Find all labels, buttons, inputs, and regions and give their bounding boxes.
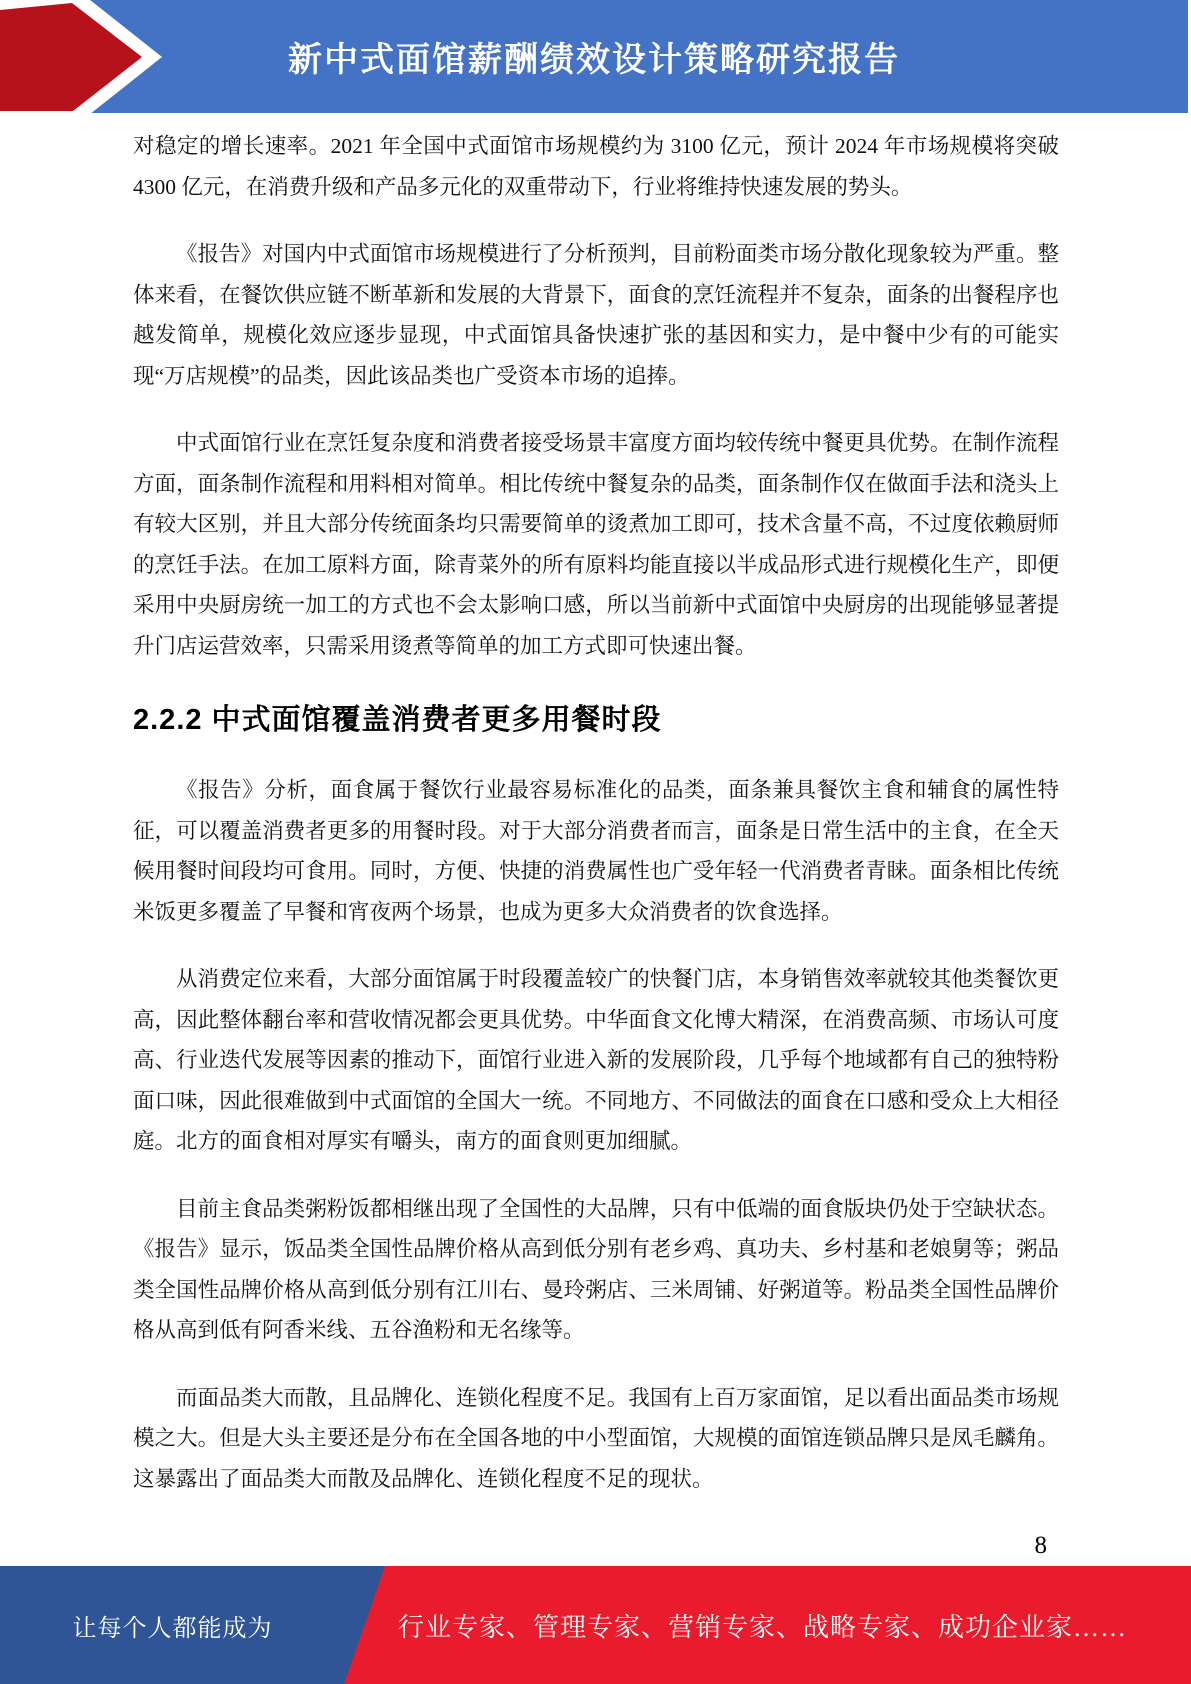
header-banner: 新中式面馆薪酬绩效设计策略研究报告 (0, 0, 1188, 113)
body-paragraph: 而面品类大而散，且品牌化、连锁化程度不足。我国有上百万家面馆，足以看出面品类市场… (133, 1378, 1059, 1500)
body-paragraph: 从消费定位来看，大部分面馆属于时段覆盖较广的快餐门店，本身销售效率就较其他类餐饮… (133, 959, 1059, 1162)
footer-slogan-right: 行业专家、管理专家、营销专家、战略专家、成功企业家…… (398, 1566, 1175, 1684)
document-body: 对稳定的增长速率。2021 年全国中式面馆市场规模约为 3100 亿元，预计 2… (133, 126, 1059, 1567)
footer-slogan-left: 让每个人都能成为 (0, 1566, 345, 1684)
page-title: 新中式面馆薪酬绩效设计策略研究报告 (0, 0, 1188, 113)
body-paragraph: 《报告》分析，面食属于餐饮行业最容易标准化的品类，面条兼具餐饮主食和辅食的属性特… (133, 770, 1059, 932)
footer: 让每个人都能成为 行业专家、管理专家、营销专家、战略专家、成功企业家…… (0, 1566, 1191, 1684)
page-number: 8 (133, 1526, 1059, 1567)
section-heading: 2.2.2 中式面馆覆盖消费者更多用餐时段 (133, 700, 1059, 740)
body-paragraph: 目前主食品类粥粉饭都相继出现了全国性的大品牌，只有中低端的面食版块仍处于空缺状态… (133, 1189, 1059, 1351)
body-paragraph: 对稳定的增长速率。2021 年全国中式面馆市场规模约为 3100 亿元，预计 2… (133, 126, 1059, 207)
body-paragraph: 《报告》对国内中式面馆市场规模进行了分析预判，目前粉面类市场分散化现象较为严重。… (133, 234, 1059, 396)
body-paragraph: 中式面馆行业在烹饪复杂度和消费者接受场景丰富度方面均较传统中餐更具优势。在制作流… (133, 423, 1059, 666)
